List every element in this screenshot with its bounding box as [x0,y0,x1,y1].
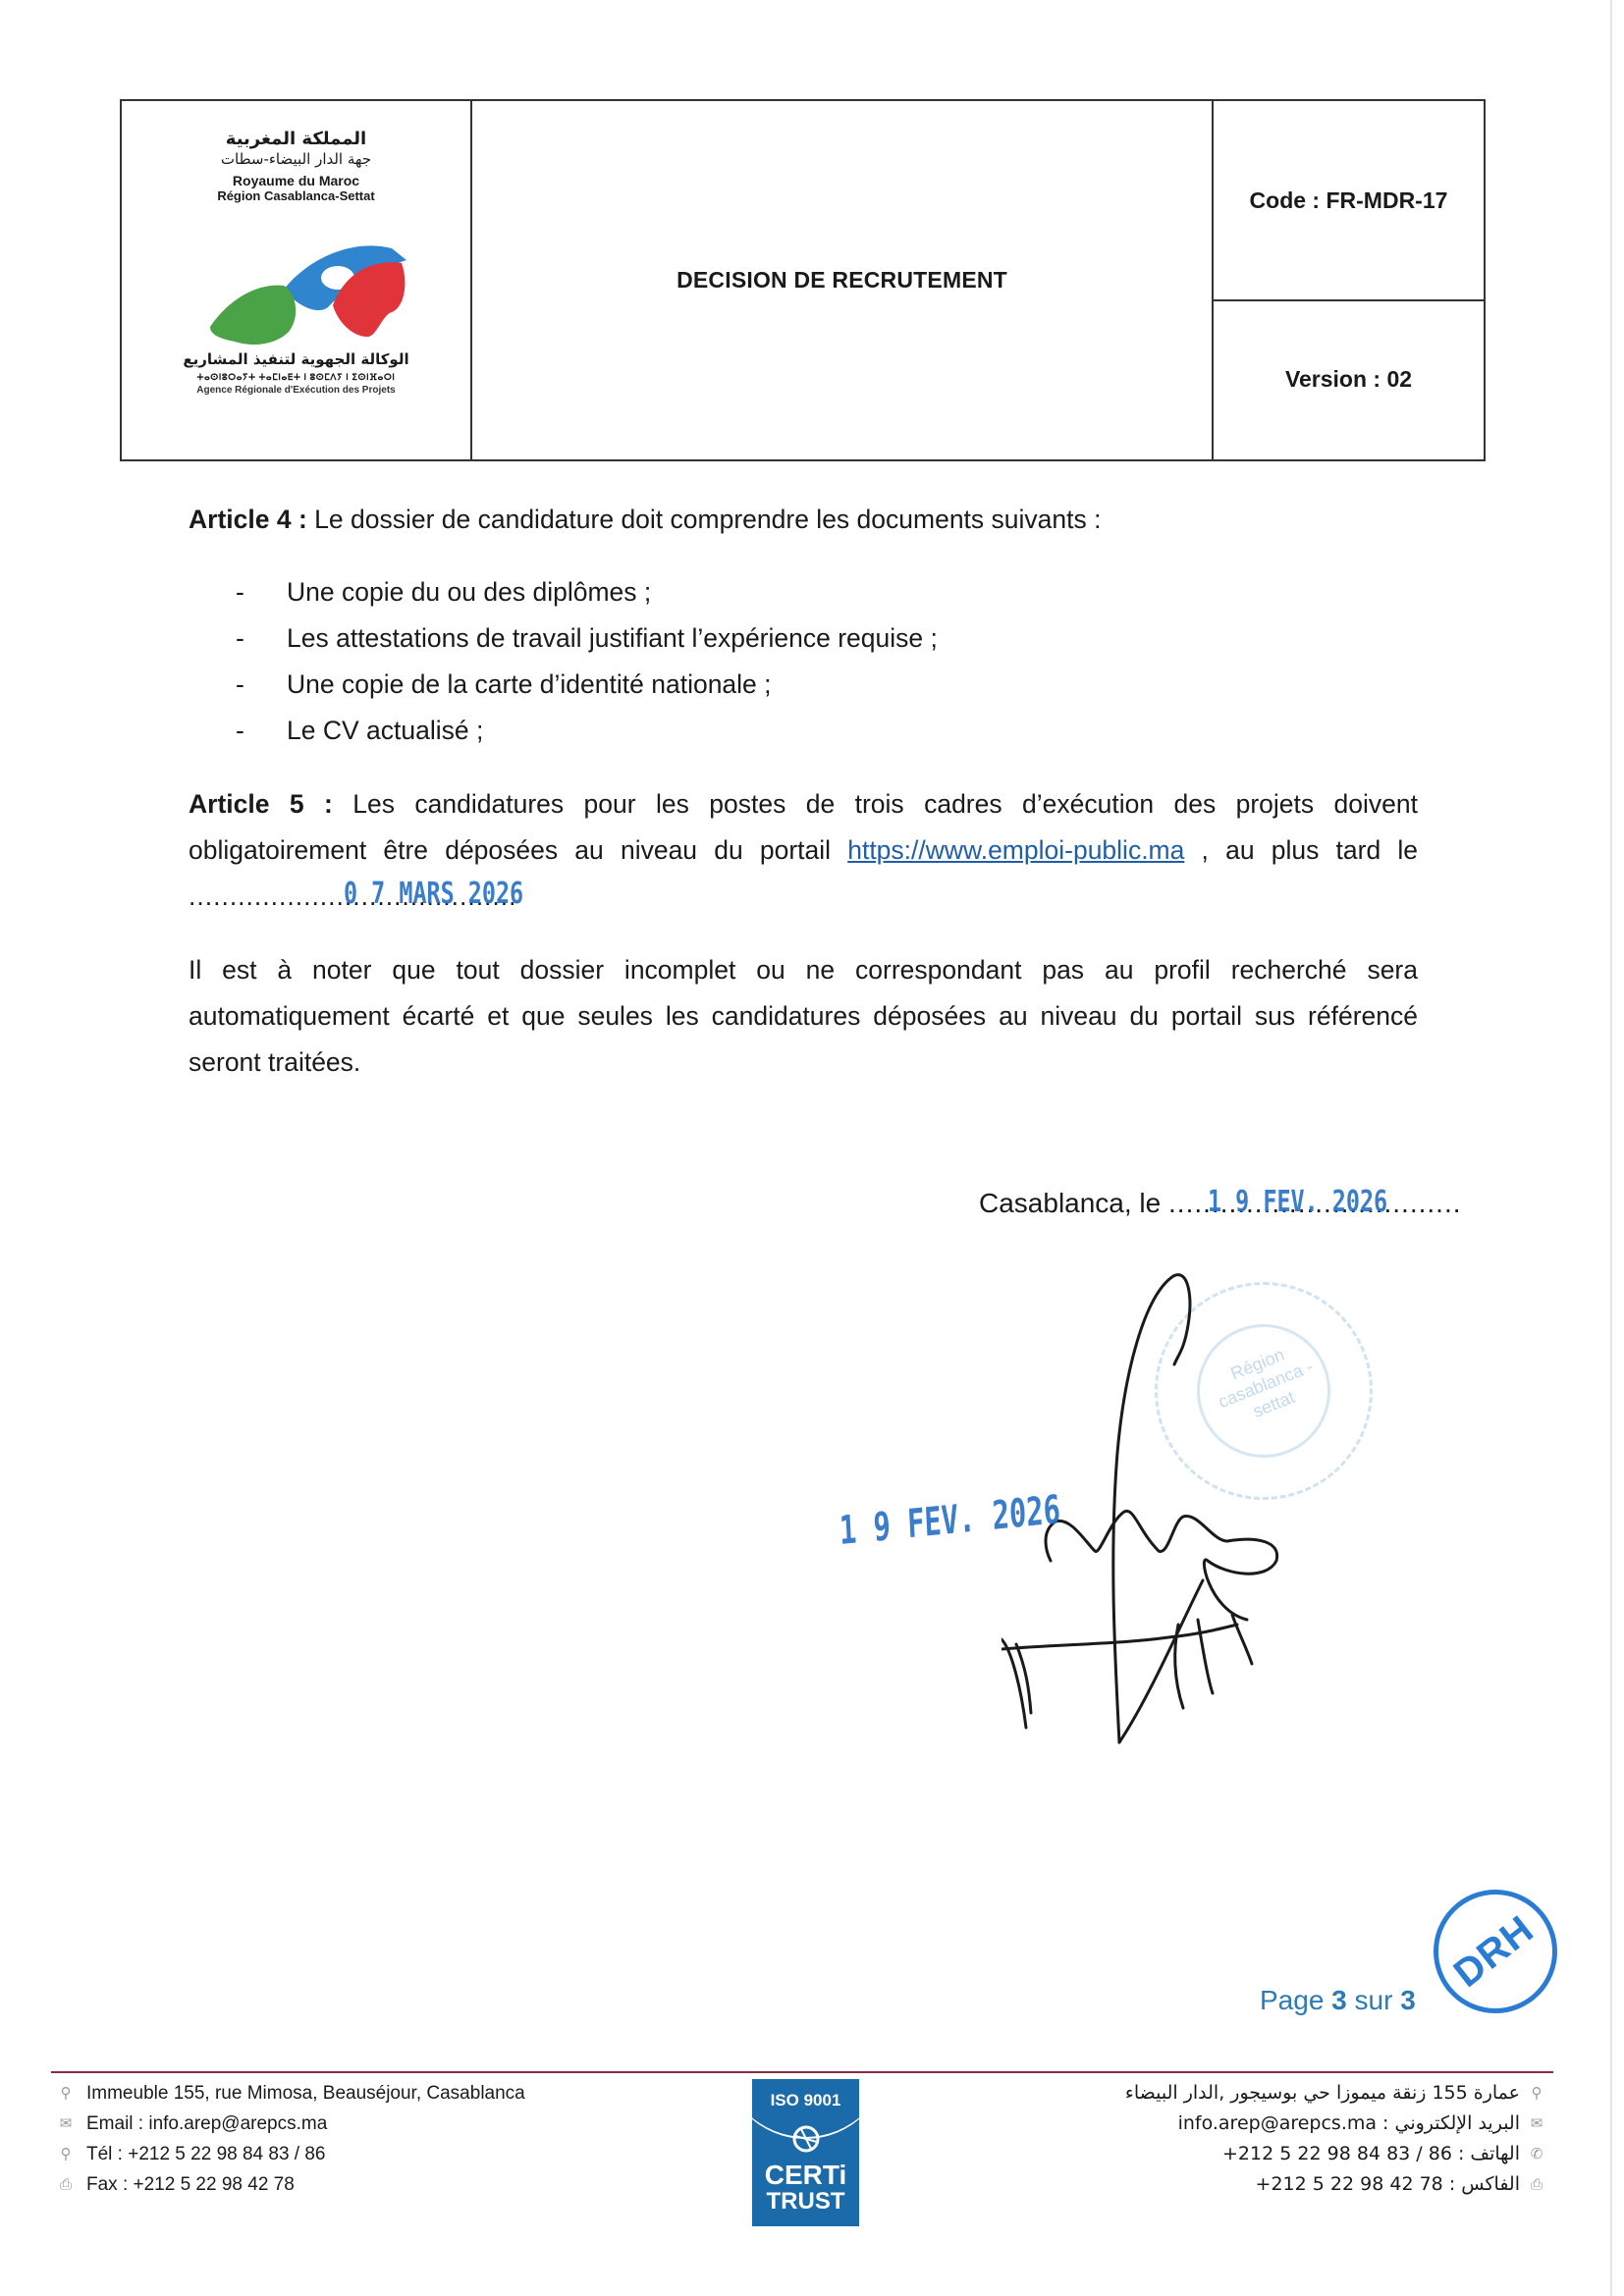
document-version: Version : 02 [1214,299,1484,459]
footer-email: ✉Email : info.arep@arepcs.ma [59,2109,525,2139]
logo-agency-name: Agence Régionale d'Exécution des Projets [122,385,470,396]
envelope-icon: ✉ [1530,2116,1543,2132]
list-item: -Une copie de la carte d’identité nation… [236,662,938,708]
globe-icon [791,2124,821,2154]
list-item: -Le CV actualisé ; [236,708,938,754]
footer-divider [51,2071,1553,2073]
document-code: Code : FR-MDR-17 [1214,101,1484,301]
bullet-dash: - [236,569,287,615]
footer-address-ar: عمارة 155 زنقة ميموزا حي بوسيجور ,الدار … [1125,2078,1543,2109]
logo-arabic-kingdom: المملكة المغربية [122,129,470,149]
document-header: المملكة المغربية جهة الدار البيضاء-سطات … [120,99,1486,461]
logo-region: Région Casablanca-Settat [122,188,470,203]
article-4: Article 4 : Le dossier de candidature do… [189,497,1418,543]
location-pin-icon: ⚲ [59,2086,73,2102]
page-number: Page 3 sur 3 [1260,1985,1416,2016]
article-4-text: Le dossier de candidature doit comprendr… [307,505,1102,534]
logo-arabic-region: جهة الدار البيضاء-سطات [122,150,470,168]
agency-logo: المملكة المغربية جهة الدار البيضاء-سطات … [122,101,470,459]
footer-contact-ar: عمارة 155 زنقة ميموزا حي بوسيجور ,الدار … [1125,2078,1543,2200]
header-logo-cell: المملكة المغربية جهة الدار البيضاء-سطات … [122,101,472,459]
footer-fax: ⎙Fax : +212 5 22 98 42 78 [59,2169,525,2200]
footer-contact-fr: ⚲Immeuble 155, rue Mimosa, Beauséjour, C… [59,2078,525,2200]
drh-stamp: DRH [1434,1890,1557,2013]
list-item: -Une copie du ou des diplômes ; [236,569,938,615]
footer-address: ⚲Immeuble 155, rue Mimosa, Beauséjour, C… [59,2078,525,2109]
header-meta-cell: Code : FR-MDR-17 Version : 02 [1214,101,1484,459]
iso-standard: ISO 9001 [752,2091,859,2110]
header-title-cell: DECISION DE RECRUTEMENT [472,101,1214,459]
bullet-dash: - [236,708,287,754]
certi-brand: CERTi [752,2162,859,2189]
footer-fax-ar: الفاكس : 78 42 98 22 5 212+⎙ [1125,2169,1543,2200]
deadline-date-stamp: 0 7 MARS 2026 [344,877,523,911]
emploi-public-link[interactable]: https://www.emploi-public.ma [847,835,1184,865]
bullet-dash: - [236,662,287,708]
phone-icon: ✆ [1530,2147,1543,2163]
scan-edge [1610,0,1612,2296]
required-documents-list: -Une copie du ou des diplômes ; -Les att… [236,569,938,754]
agency-emblem-icon [181,209,416,347]
document-title: DECISION DE RECRUTEMENT [677,267,1007,294]
article-5-label: Article 5 : [189,789,333,819]
incomplete-file-note: Il est à noter que tout dossier incomple… [189,947,1418,1086]
iso-9001-certification-badge: ISO 9001 CERTi TRUST [752,2079,859,2226]
fax-icon: ⎙ [1530,2177,1543,2193]
footer-email-ar: البريد الإلكتروني : info.arep@arepcs.ma✉ [1125,2109,1543,2139]
article-4-label: Article 4 : [189,505,307,534]
footer-phone: ⚲Tél : +212 5 22 98 84 83 / 86 [59,2139,525,2169]
trust-brand: TRUST [752,2190,859,2214]
envelope-icon: ✉ [59,2116,73,2132]
location-pin-icon: ⚲ [1530,2086,1543,2102]
logo-tifinagh-agency: ⵜⴰⵙⵏⵓⵔⴰⵢⵜ ⵜⴰⵎⵏⴰⴹⵜ ⵏ ⵓⵙⵎⴷⵢ ⵏ ⵉⵙⵏⴼⴰⵔⵏ [122,372,470,383]
location-pin-icon: ⚲ [59,2147,73,2163]
logo-arabic-agency: الوكالة الجهوية لتنفيذ المشاريع [122,350,470,368]
bullet-dash: - [236,615,287,662]
logo-kingdom: Royaume du Maroc [122,173,470,188]
list-item: -Les attestations de travail justifiant … [236,615,938,662]
fax-icon: ⎙ [59,2177,73,2193]
signature-date-stamp: 1 9 FEV. 2026 [1208,1185,1387,1219]
footer-phone-ar: الهاتف : 86 / 83 84 98 22 5 212+✆ [1125,2139,1543,2169]
